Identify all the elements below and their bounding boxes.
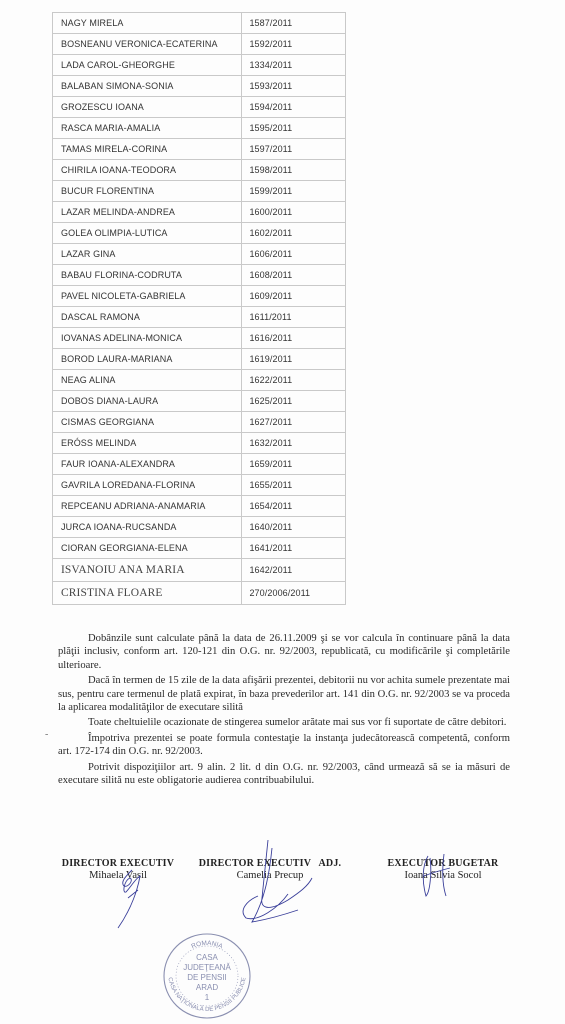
table-row: DASCAL RAMONA1611/2011 [53,307,346,328]
decision-number-cell: 1598/2011 [242,160,346,181]
debtor-name-cell: BABAU FLORINA-CODRUTA [53,265,242,286]
decision-number-cell: 270/2006/2011 [242,582,346,605]
table-row: DOBOS DIANA-LAURA1625/2011 [53,391,346,412]
debtors-table: NAGY MIRELA1587/2011BOSNEANU VERONICA-EC… [52,12,346,605]
debtor-name-cell: DASCAL RAMONA [53,307,242,328]
debtor-name-cell: GAVRILA LOREDANA-FLORINA [53,475,242,496]
decision-number-cell: 1600/2011 [242,202,346,223]
paragraph-interest: Dobânzile sunt calculate până la data de… [58,632,510,672]
table-row: BABAU FLORINA-CODRUTA1608/2011 [53,265,346,286]
decision-number-cell: 1622/2011 [242,370,346,391]
table-row: GAVRILA LOREDANA-FLORINA1655/2011 [53,475,346,496]
decision-number-cell: 1616/2011 [242,328,346,349]
debtor-name-cell: CISMAS GEORGIANA [53,412,242,433]
paragraph-hearing: Potrivit dispoziţiilor art. 9 alin. 2 li… [58,761,510,788]
debtor-name-cell: RASCA MARIA-AMALIA [53,118,242,139]
decision-number-cell: 1654/2011 [242,496,346,517]
signature-block-deputy-director: DIRECTOR EXECUTIV ADJ. Camelia Precup [196,858,344,881]
decision-number-cell: 1609/2011 [242,286,346,307]
table-row: FAUR IOANA-ALEXANDRA1659/2011 [53,454,346,475]
decision-number-cell: 1593/2011 [242,76,346,97]
decision-number-cell: 1334/2011 [242,55,346,76]
handwritten-signature-icon [228,838,318,928]
stamp-text-line: 1 [205,993,210,1002]
stamp-text-line: ARAD [196,983,218,992]
decision-number-cell: 1640/2011 [242,517,346,538]
table-row: IOVANAS ADELINA-MONICA1616/2011 [53,328,346,349]
table-row: NAGY MIRELA1587/2011 [53,13,346,34]
table-row: LADA CAROL-GHEORGHE1334/2011 [53,55,346,76]
decision-number-cell: 1655/2011 [242,475,346,496]
debtor-name-cell: CIORAN GEORGIANA-ELENA [53,538,242,559]
debtor-name-cell: NEAG ALINA [53,370,242,391]
debtor-name-cell: GOLEA OLIMPIA-LUTICA [53,223,242,244]
table-row: TAMAS MIRELA-CORINA1597/2011 [53,139,346,160]
decision-number-cell: 1606/2011 [242,244,346,265]
table-row: CISMAS GEORGIANA1627/2011 [53,412,346,433]
debtor-name-cell: FAUR IOANA-ALEXANDRA [53,454,242,475]
table-row: CRISTINA FLOARE270/2006/2011 [53,582,346,605]
table-row: REPCEANU ADRIANA-ANAMARIA1654/2011 [53,496,346,517]
decision-number-cell: 1602/2011 [242,223,346,244]
debtor-name-cell: BUCUR FLORENTINA [53,181,242,202]
debtor-name-cell: NAGY MIRELA [53,13,242,34]
signature-block-executor: EXECUTOR BUGETAR Ioana Silvia Socol [384,858,502,881]
signature-title: DIRECTOR EXECUTIV [58,858,178,869]
debtor-name-cell: TAMAS MIRELA-CORINA [53,139,242,160]
debtor-name-cell: REPCEANU ADRIANA-ANAMARIA [53,496,242,517]
debtor-name-cell: BOSNEANU VERONICA-ECATERINA [53,34,242,55]
stamp-text-line: CASA [196,953,218,962]
debtor-name-cell: ISVANOIU ANA MARIA [53,559,242,582]
debtor-name-cell: LAZAR GINA [53,244,242,265]
stamp-text-line: DE PENSII [187,973,227,982]
debtor-name-cell: ERÓSS MELINDA [53,433,242,454]
decision-number-cell: 1597/2011 [242,139,346,160]
table-row: PAVEL NICOLETA-GABRIELA1609/2011 [53,286,346,307]
table-row: BOSNEANU VERONICA-ECATERINA1592/2011 [53,34,346,55]
table-row: LAZAR MELINDA-ANDREA1600/2011 [53,202,346,223]
table-row: GROZESCU IOANA1594/2011 [53,97,346,118]
decision-number-cell: 1627/2011 [242,412,346,433]
signature-block-director: DIRECTOR EXECUTIV Mihaela Vasil [58,858,178,881]
decision-number-cell: 1625/2011 [242,391,346,412]
document-page: NAGY MIRELA1587/2011BOSNEANU VERONICA-EC… [0,0,565,1024]
signature-title: EXECUTOR BUGETAR [384,858,502,869]
debtor-name-cell: BALABAN SIMONA-SONIA [53,76,242,97]
debtor-name-cell: JURCA IOANA-RUCSANDA [53,517,242,538]
legal-notice-text: Dobânzile sunt calculate până la data de… [58,632,510,789]
decision-number-cell: 1608/2011 [242,265,346,286]
table-row: CHIRILA IOANA-TEODORA1598/2011 [53,160,346,181]
decision-number-cell: 1587/2011 [242,13,346,34]
debtor-name-cell: DOBOS DIANA-LAURA [53,391,242,412]
table-row: CIORAN GEORGIANA-ELENA1641/2011 [53,538,346,559]
margin-mark: - [45,729,48,740]
debtor-name-cell: PAVEL NICOLETA-GABRIELA [53,286,242,307]
official-stamp-icon: ROMANIA CASA NAŢIONALĂ DE PENSII PUBLICE… [160,932,254,1020]
table-row: LAZAR GINA1606/2011 [53,244,346,265]
svg-text:ROMANIA: ROMANIA [190,940,224,951]
decision-number-cell: 1592/2011 [242,34,346,55]
paragraph-costs: Toate cheltuielile ocazionate de stinger… [58,716,510,729]
signature-name: Camelia Precup [196,870,344,881]
decision-number-cell: 1611/2011 [242,307,346,328]
decision-number-cell: 1659/2011 [242,454,346,475]
debtor-name-cell: LADA CAROL-GHEORGHE [53,55,242,76]
debtors-table-body: NAGY MIRELA1587/2011BOSNEANU VERONICA-EC… [53,13,346,605]
signature-name: Mihaela Vasil [58,870,178,881]
decision-number-cell: 1641/2011 [242,538,346,559]
table-row: ISVANOIU ANA MARIA1642/2011 [53,559,346,582]
debtor-name-cell: GROZESCU IOANA [53,97,242,118]
decision-number-cell: 1595/2011 [242,118,346,139]
debtor-name-cell: BOROD LAURA-MARIANA [53,349,242,370]
table-row: ERÓSS MELINDA1632/2011 [53,433,346,454]
paragraph-contestation: Împotriva prezentei se poate formula con… [58,732,510,759]
table-row: NEAG ALINA1622/2011 [53,370,346,391]
decision-number-cell: 1642/2011 [242,559,346,582]
debtor-name-cell: CHIRILA IOANA-TEODORA [53,160,242,181]
debtor-name-cell: CRISTINA FLOARE [53,582,242,605]
table-row: BOROD LAURA-MARIANA1619/2011 [53,349,346,370]
signature-name: Ioana Silvia Socol [384,870,502,881]
signature-title: DIRECTOR EXECUTIV ADJ. [196,858,344,869]
decision-number-cell: 1599/2011 [242,181,346,202]
debtor-name-cell: LAZAR MELINDA-ANDREA [53,202,242,223]
table-row: GOLEA OLIMPIA-LUTICA1602/2011 [53,223,346,244]
table-row: BUCUR FLORENTINA1599/2011 [53,181,346,202]
debtor-name-cell: IOVANAS ADELINA-MONICA [53,328,242,349]
paragraph-enforcement: Dacă în termen de 15 zile de la data afi… [58,674,510,714]
table-row: RASCA MARIA-AMALIA1595/2011 [53,118,346,139]
decision-number-cell: 1619/2011 [242,349,346,370]
table-row: JURCA IOANA-RUCSANDA1640/2011 [53,517,346,538]
stamp-text-line: JUDEŢEANĂ [183,963,231,972]
table-row: BALABAN SIMONA-SONIA1593/2011 [53,76,346,97]
decision-number-cell: 1632/2011 [242,433,346,454]
decision-number-cell: 1594/2011 [242,97,346,118]
